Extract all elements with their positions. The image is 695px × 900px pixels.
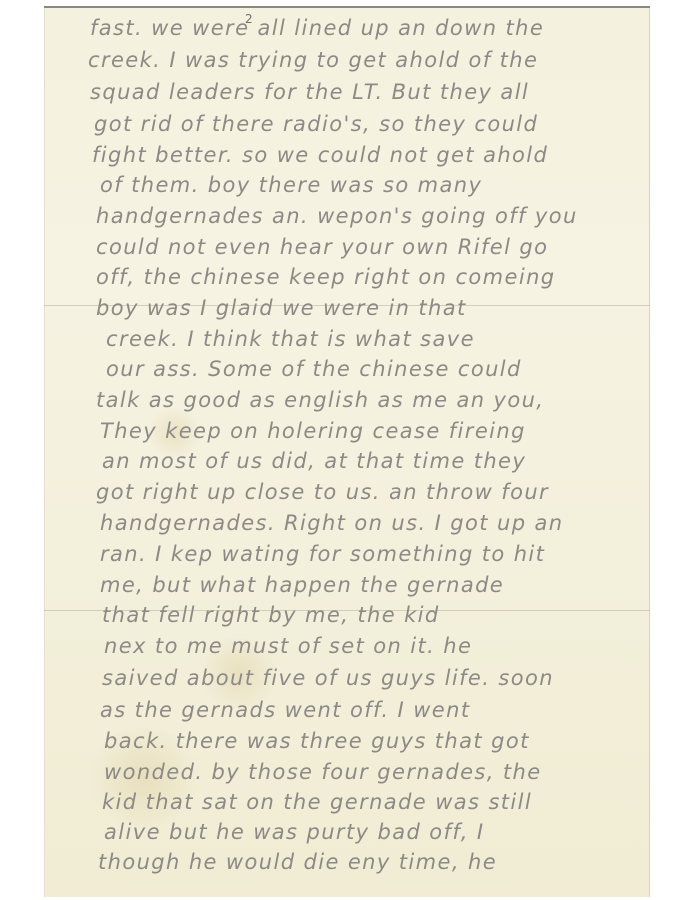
- text-line: nex to me must of set on it. he: [104, 634, 472, 658]
- text-line: kid that sat on the gernade was still: [102, 790, 532, 814]
- text-line: wonded. by those four gernades, the: [104, 760, 542, 784]
- text-line: handgernades an. wepon's going off you: [96, 204, 578, 228]
- text-line: They keep on holering cease fireing: [100, 419, 526, 443]
- text-line: saived about five of us guys life. soon: [102, 666, 554, 690]
- text-line: got right up close to us. an throw four: [96, 480, 549, 504]
- text-line: could not even hear your own Rifel go: [96, 235, 548, 259]
- text-line: got rid of there radio's, so they could: [94, 112, 538, 136]
- paper-sheet: 2 fast. we were all lined up an down the…: [44, 6, 650, 897]
- text-line: that fell right by me, the kid: [102, 603, 440, 627]
- text-line: squad leaders for the LT. But they all: [90, 80, 529, 104]
- text-line: of them. boy there was so many: [100, 173, 482, 197]
- text-line: talk as good as english as me an you,: [96, 388, 544, 412]
- text-line: creek. I was trying to get ahold of the: [88, 48, 538, 72]
- text-line: fight better. so we could not get ahold: [92, 143, 548, 167]
- text-line: ran. I kep wating for something to hit: [100, 542, 545, 566]
- text-line: an most of us did, at that time they: [102, 449, 526, 473]
- scanned-letter-page: 2 fast. we were all lined up an down the…: [0, 0, 695, 900]
- text-line: as the gernads went off. I went: [100, 698, 470, 722]
- text-line: me, but what happen the gernade: [100, 573, 504, 597]
- text-line: alive but he was purty bad off, I: [104, 820, 485, 844]
- text-line: boy was I glaid we were in that: [96, 296, 467, 320]
- text-line: handgernades. Right on us. I got up an: [100, 511, 563, 535]
- text-line: though he would die eny time, he: [98, 850, 497, 874]
- text-line: off, the chinese keep right on comeing: [96, 265, 556, 289]
- text-line: creek. I think that is what save: [106, 327, 475, 351]
- text-line: fast. we were all lined up an down the: [90, 16, 544, 40]
- text-line: back. there was three guys that got: [104, 729, 530, 753]
- text-line: our ass. Some of the chinese could: [106, 357, 522, 381]
